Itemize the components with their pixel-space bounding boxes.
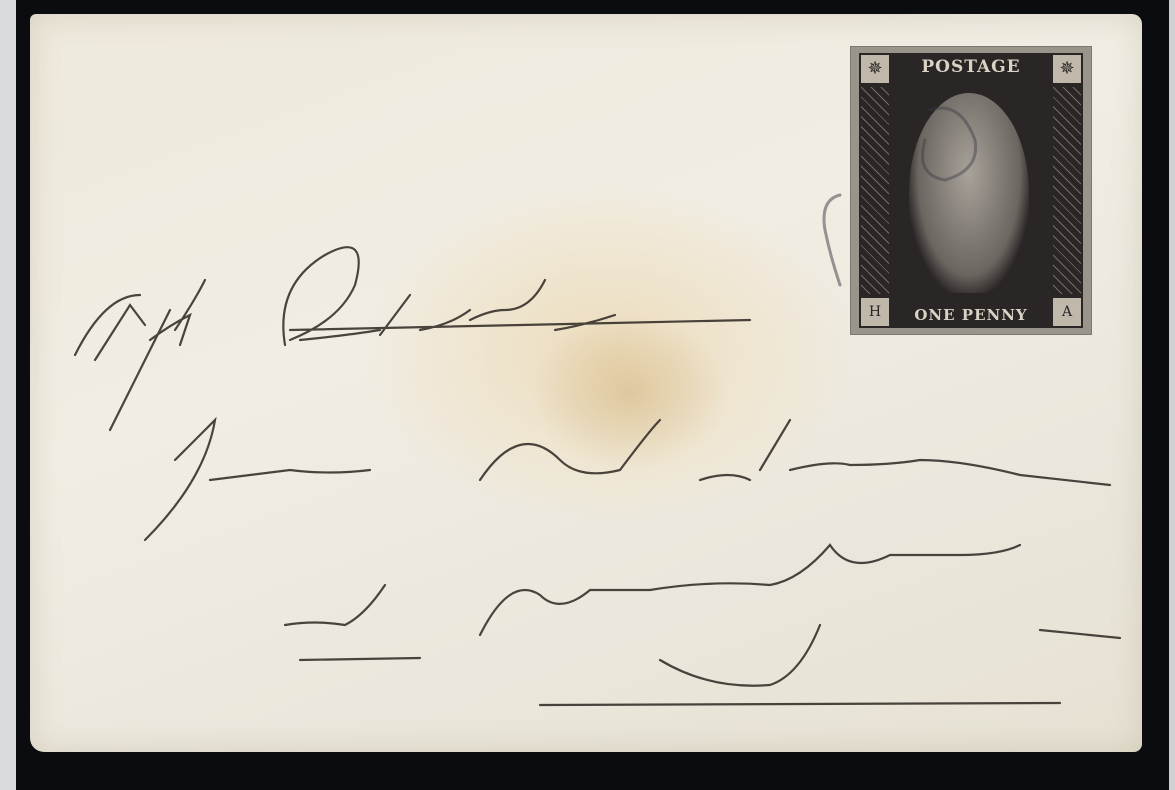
address-line-2: Green Bank House xyxy=(180,440,333,459)
address-line-3: nr Birmingham xyxy=(290,600,413,619)
address-line-1: Miss Rotherford xyxy=(80,300,212,319)
handwriting-and-cancel xyxy=(0,0,1175,790)
